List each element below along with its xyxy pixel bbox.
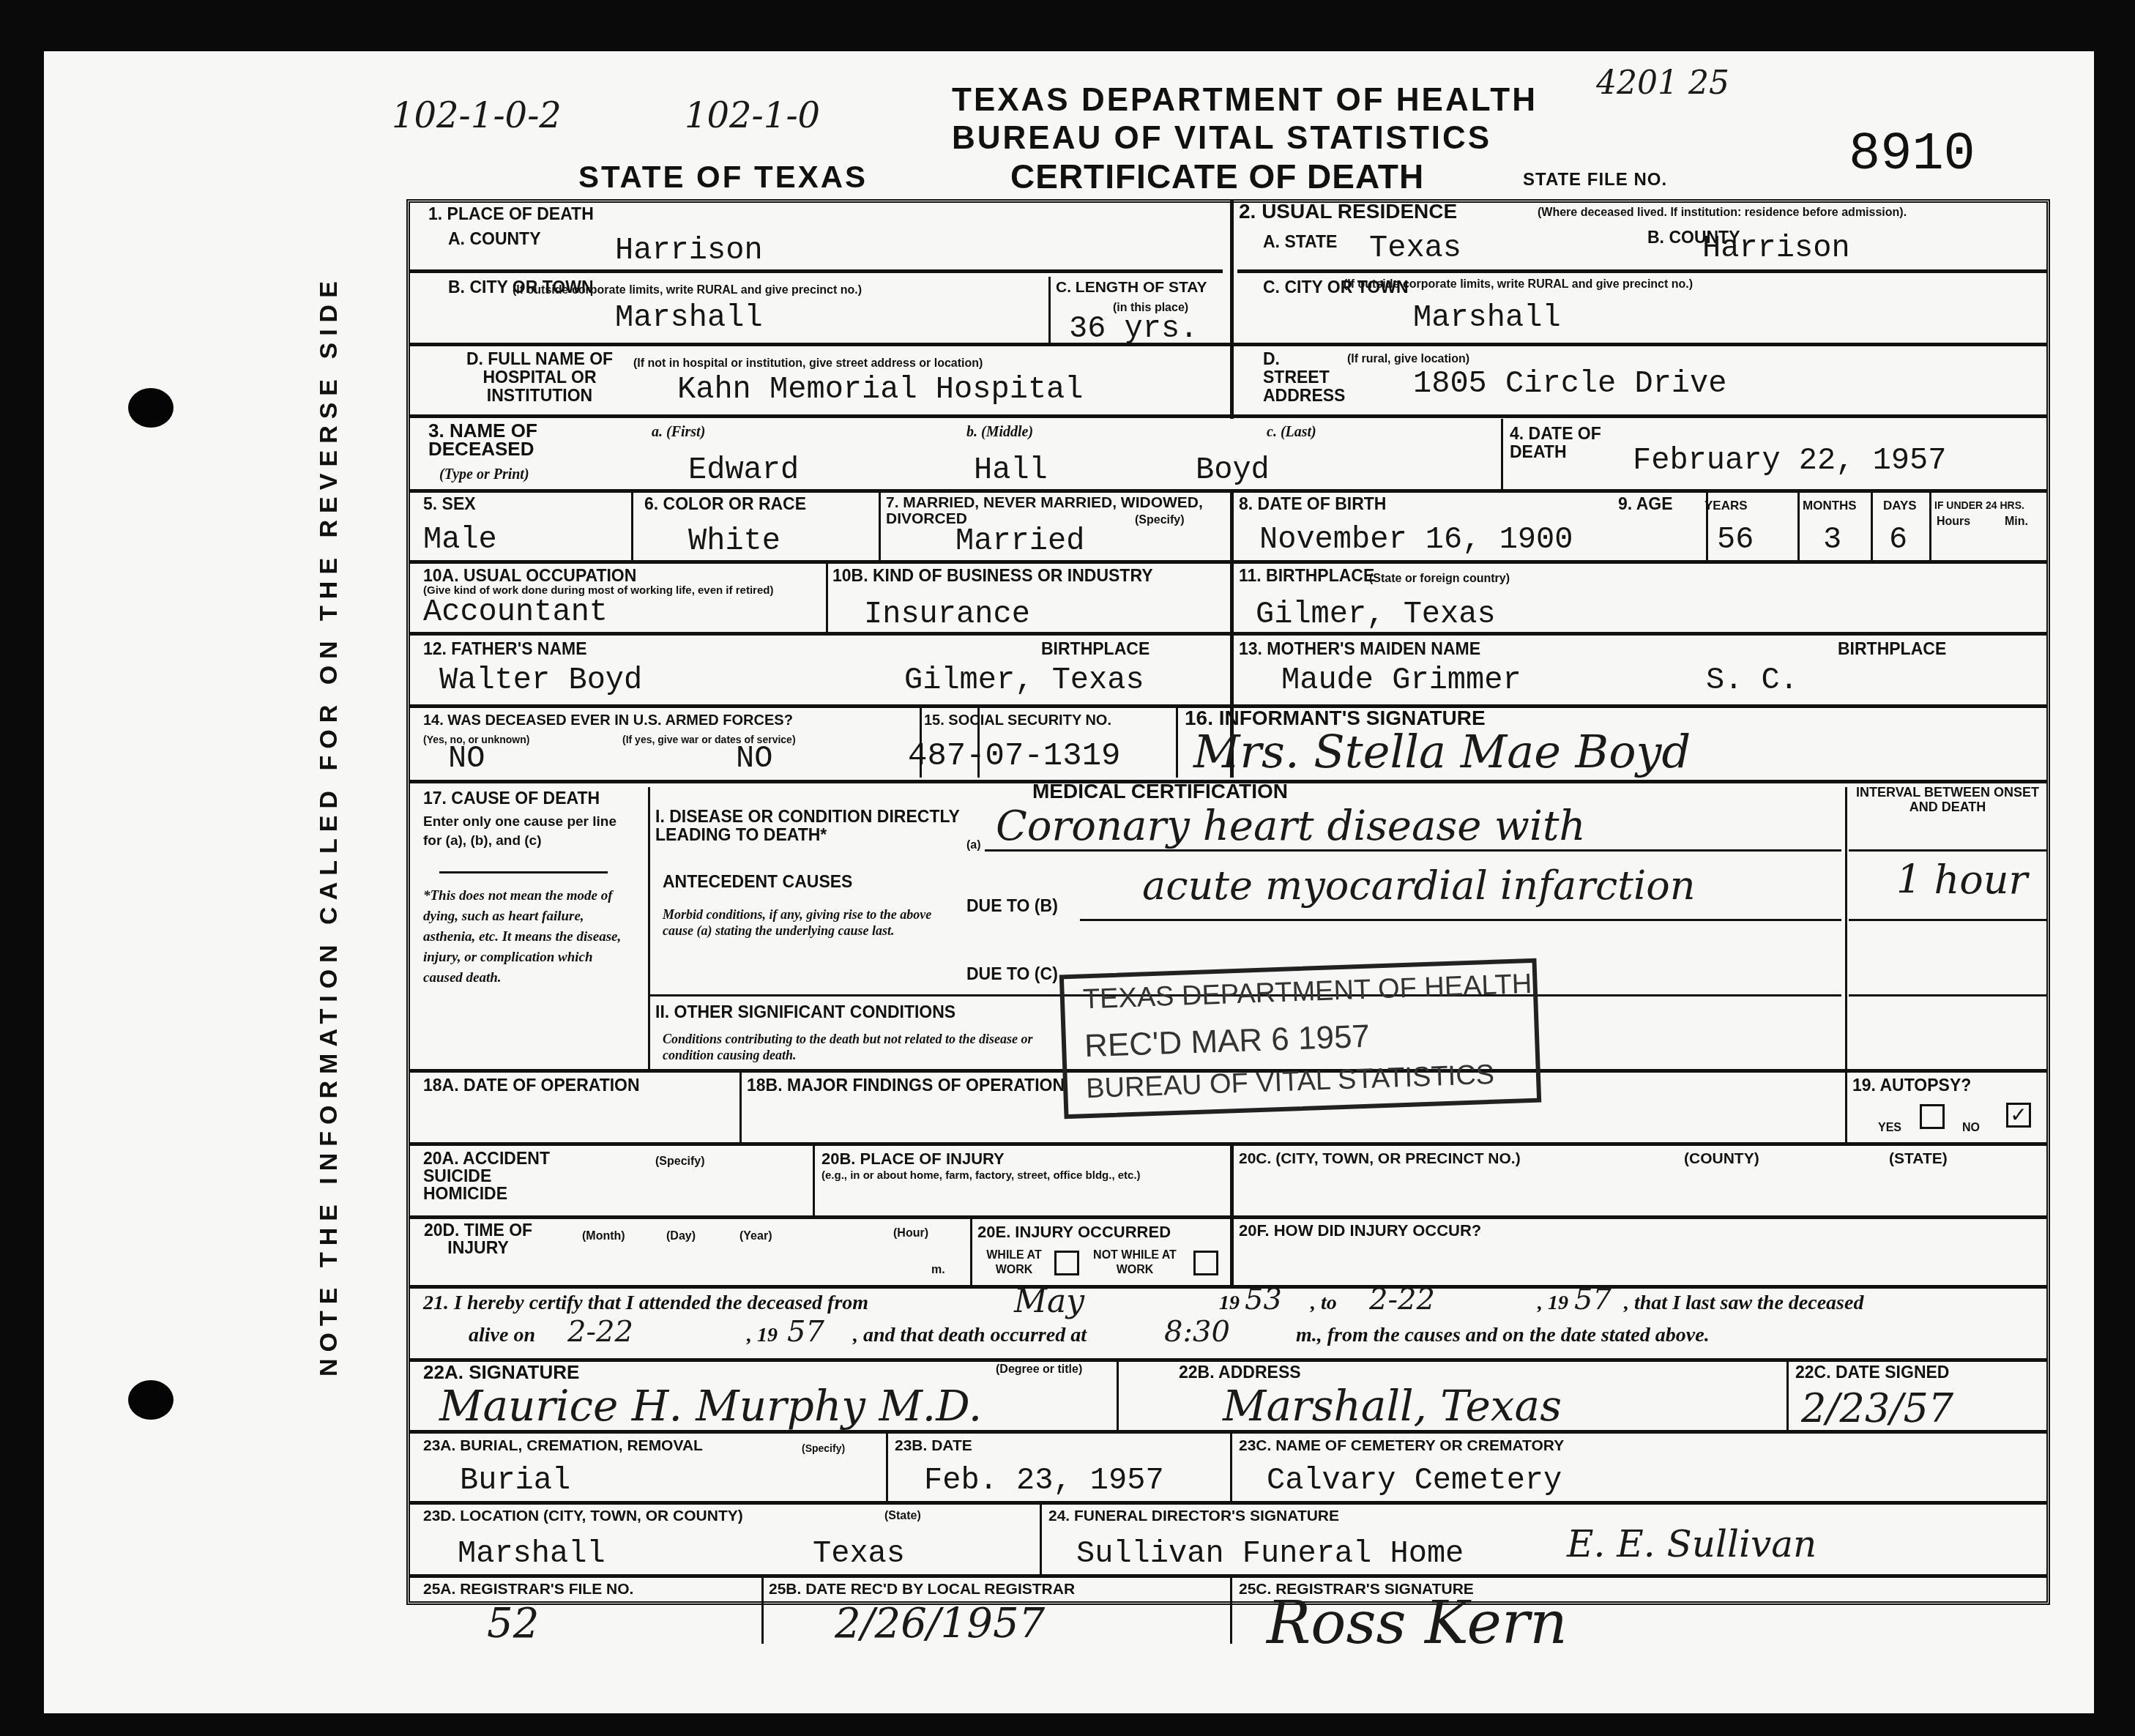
race-label: 6. COLOR OR RACE — [644, 495, 806, 513]
while-at-work-checkbox[interactable] — [1054, 1251, 1079, 1275]
state-file-label: STATE FILE NO. — [1523, 170, 1667, 190]
death-county-label: a. COUNTY — [448, 230, 541, 248]
residence-city-field[interactable]: Marshall — [1413, 300, 1561, 335]
ssn-label: 15. SOCIAL SECURITY NO. — [924, 712, 1111, 730]
burial-state-field[interactable]: Texas — [813, 1536, 905, 1571]
father-name-label: 12. FATHER'S NAME — [423, 640, 587, 658]
physician-signature[interactable]: Maurice H. Murphy M.D. — [439, 1381, 982, 1431]
autopsy-label: 19. AUTOPSY? — [1852, 1076, 1971, 1095]
alive-year-prefix: , 19 — [747, 1327, 778, 1344]
injury-day-column: (Day) — [666, 1227, 696, 1245]
first-name-field[interactable]: Edward — [688, 452, 799, 488]
injury-type-hint: (Specify) — [655, 1152, 705, 1171]
injury-state-column: (STATE) — [1889, 1150, 1948, 1168]
operation-date-label: 18a. DATE OF OPERATION — [423, 1076, 640, 1095]
occupation-label: 10a. USUAL OCCUPATION — [423, 567, 636, 585]
mother-name-label: 13. MOTHER'S MAIDEN NAME — [1239, 640, 1480, 658]
reverse-side-note: NOTE THE INFORMATION CALLED FOR ON THE R… — [315, 425, 343, 1376]
autopsy-no-checkbox[interactable]: ✓ — [2006, 1103, 2031, 1128]
attended-from-year[interactable]: 53 — [1245, 1283, 1282, 1316]
certify-text-4: m., from the causes and on the date stat… — [1296, 1327, 1710, 1344]
injury-type-label: 20a. ACCIDENT SUICIDE HOMICIDE — [423, 1150, 555, 1202]
due-to-c-label: DUE TO (c) — [966, 965, 1058, 983]
death-city-field[interactable]: Marshall — [615, 300, 763, 335]
stamp-line-1: TEXAS DEPARTMENT OF HEALTH — [1082, 969, 1532, 1016]
funeral-home-field[interactable]: Sullivan Funeral Home — [1076, 1536, 1464, 1571]
father-name-field[interactable]: Walter Boyd — [439, 663, 642, 698]
burial-state-label: (State) — [884, 1507, 921, 1525]
armed-forces-field[interactable]: NO — [448, 741, 485, 776]
received-stamp: TEXAS DEPARTMENT OF HEALTH REC'D MAR 6 1… — [1059, 958, 1541, 1120]
age-label: 9. AGE — [1618, 495, 1673, 513]
cemetery-field[interactable]: Calvary Cemetery — [1267, 1463, 1562, 1498]
registrar-file-label: 25a. REGISTRAR'S FILE NO. — [423, 1580, 633, 1598]
residence-street-field[interactable]: 1805 Circle Drive — [1413, 366, 1726, 401]
sex-field[interactable]: Male — [423, 522, 497, 557]
stamp-received-date: REC'D MAR 6 1957 — [1084, 1018, 1370, 1065]
sex-label: 5. SEX — [423, 495, 476, 513]
hospital-label: d. FULL NAME OF HOSPITAL OR INSTITUTION — [448, 350, 631, 405]
autopsy-yes-label: YES — [1878, 1119, 1901, 1137]
birthplace-label: 11. BIRTHPLACE — [1239, 567, 1374, 585]
mother-birthplace-field[interactable]: S. C. — [1706, 663, 1798, 698]
due-to-b-label: DUE TO (b) — [966, 897, 1058, 915]
attended-to-date[interactable]: 2-22 — [1369, 1283, 1435, 1316]
physician-address-label: 22b. ADDRESS — [1179, 1363, 1301, 1382]
last-name-label: c. (Last) — [1267, 423, 1316, 441]
length-of-stay-field[interactable]: 36 yrs. — [1069, 311, 1198, 346]
antecedent-causes-label: ANTECEDENT CAUSES — [663, 873, 852, 891]
funeral-director-label: 24. FUNERAL DIRECTOR'S SIGNATURE — [1048, 1507, 1339, 1525]
state-file-number: 8910 — [1849, 124, 1975, 185]
header-department: TEXAS DEPARTMENT OF HEALTH — [952, 82, 1538, 119]
date-of-death-field[interactable]: February 22, 1957 — [1633, 443, 1946, 478]
death-county-field[interactable]: Harrison — [615, 233, 763, 268]
to-label: , to — [1311, 1294, 1337, 1312]
death-time-field[interactable]: 8:30 — [1164, 1315, 1230, 1349]
residence-state-field[interactable]: Texas — [1369, 231, 1461, 266]
autopsy-yes-checkbox[interactable] — [1920, 1104, 1945, 1129]
informant-signature[interactable]: Mrs. Stella Mae Boyd — [1193, 725, 1691, 778]
part2-label: II. OTHER SIGNIFICANT CONDITIONS — [655, 1003, 955, 1021]
usual-residence-label: 2. USUAL RESIDENCE — [1239, 202, 1457, 220]
disposition-hint: (Specify) — [802, 1439, 845, 1458]
header-state: STATE OF TEXAS — [578, 160, 868, 195]
business-field[interactable]: Insurance — [864, 597, 1030, 632]
age-days-field[interactable]: 6 — [1889, 522, 1907, 557]
attended-from-month[interactable]: May — [1014, 1283, 1084, 1320]
handwritten-ref-middle: 102-1-0 — [685, 95, 820, 136]
business-label: 10b. KIND OF BUSINESS OR INDUSTRY — [832, 567, 1152, 585]
injury-m-suffix: m. — [931, 1261, 945, 1279]
place-of-death-label: 1. PLACE OF DEATH — [428, 205, 594, 223]
marital-status-field[interactable]: Married — [955, 524, 1084, 559]
injury-place-hint: (e.g., in or about home, farm, factory, … — [821, 1169, 1202, 1183]
registrar-date-label: 25b. DATE REC'D BY LOCAL REGISTRAR — [769, 1580, 1075, 1598]
hospital-hint: (If not in hospital or institution, give… — [633, 354, 983, 373]
date-signed-field[interactable]: 2/23/57 — [1801, 1385, 1953, 1431]
minutes-label: Min. — [2005, 513, 2028, 531]
father-birthplace-label: BIRTHPLACE — [1041, 640, 1150, 658]
certify-text-2: , that I last saw the deceased — [1624, 1294, 1863, 1312]
alive-on-label: alive on — [469, 1327, 535, 1344]
funeral-director-signature[interactable]: E. E. Sullivan — [1567, 1523, 1817, 1565]
physician-address[interactable]: Marshall, Texas — [1223, 1381, 1562, 1431]
age-years-field[interactable]: 56 — [1717, 522, 1754, 557]
registrar-file-number[interactable]: 52 — [487, 1600, 539, 1647]
part2-hint: Conditions contributing to the death but… — [663, 1031, 1073, 1063]
residence-street-label: d. STREET ADDRESS — [1263, 350, 1351, 405]
date-of-death-label: 4. DATE OF DEATH — [1510, 425, 1605, 461]
last-name-field[interactable]: Boyd — [1196, 452, 1270, 488]
residence-county-field[interactable]: Harrison — [1702, 231, 1850, 266]
punch-hole — [128, 1380, 174, 1420]
operation-findings-label: 18b. MAJOR FINDINGS OF OPERATION — [747, 1076, 1065, 1095]
not-while-at-work-checkbox[interactable] — [1193, 1251, 1218, 1275]
usual-residence-hint: (Where deceased lived. If institution: r… — [1538, 205, 2043, 221]
handwritten-ref-left: 102-1-0-2 — [392, 95, 562, 136]
mother-name-field[interactable]: Maude Grimmer — [1281, 663, 1521, 698]
age-days-label: DAYS — [1883, 496, 1917, 515]
birthplace-field[interactable]: Gilmer, Texas — [1256, 597, 1496, 632]
autopsy-no-label: NO — [1962, 1119, 1980, 1137]
mother-birthplace-label: BIRTHPLACE — [1838, 640, 1946, 658]
while-at-work-label: WHILE AT WORK — [977, 1248, 1051, 1278]
ssn-field[interactable]: 487-07-1319 — [908, 738, 1120, 775]
injury-year-column: (Year) — [739, 1227, 772, 1245]
armed-forces-war-field[interactable]: NO — [736, 741, 772, 776]
not-while-at-work-label: NOT WHILE AT WORK — [1091, 1248, 1179, 1278]
cause-instruction: Enter only one cause per line for (a), (… — [423, 813, 636, 851]
hospital-field[interactable]: Kahn Memorial Hospital — [677, 372, 1084, 407]
age-years-label: YEARS — [1704, 496, 1748, 515]
disposition-field[interactable]: Burial — [460, 1463, 570, 1498]
cause-footnote: *This does not mean the mode of dying, s… — [423, 886, 636, 988]
length-of-stay-label: c. LENGTH OF STAY — [1056, 278, 1207, 297]
physician-signature-label: 22a. SIGNATURE — [423, 1363, 579, 1382]
burial-location-field[interactable]: Marshall — [458, 1536, 606, 1571]
residence-city-hint: (If outside corporate limits, write RURA… — [1344, 275, 1693, 294]
punch-hole — [128, 388, 174, 428]
birthplace-hint: (State or foreign country) — [1369, 570, 1510, 588]
cause-line-a[interactable]: Coronary heart disease with — [996, 802, 1586, 850]
to-year-prefix: , 19 — [1538, 1294, 1568, 1312]
age-months-field[interactable]: 3 — [1823, 522, 1841, 557]
attended-to-year[interactable]: 57 — [1574, 1283, 1612, 1316]
occupation-field[interactable]: Accountant — [423, 595, 608, 630]
cemetery-label: 23c. NAME OF CEMETERY OR CREMATORY — [1239, 1437, 1564, 1455]
injury-location-label: 20c. (CITY, TOWN, OR PRECINCT NO.) — [1239, 1150, 1521, 1168]
burial-date-field[interactable]: Feb. 23, 1957 — [924, 1463, 1164, 1498]
armed-forces-label: 14. WAS DECEASED EVER IN U.S. ARMED FORC… — [423, 712, 793, 730]
date-of-birth-field[interactable]: November 16, 1900 — [1259, 522, 1573, 557]
antecedent-hint: Morbid conditions, if any, giving rise t… — [663, 906, 955, 939]
marital-specify-hint: (Specify) — [1135, 511, 1185, 529]
hours-label: Hours — [1937, 513, 1970, 531]
registrar-date-field[interactable]: 2/26/1957 — [835, 1600, 1045, 1647]
age-months-label: MONTHS — [1803, 496, 1857, 515]
first-name-label: a. (First) — [652, 423, 705, 441]
alive-on-year[interactable]: 57 — [787, 1315, 824, 1349]
date-signed-label: 22c. DATE SIGNED — [1795, 1363, 1949, 1382]
degree-title-label: (Degree or title) — [996, 1360, 1082, 1379]
injury-time-label: 20d. TIME OF INJURY — [423, 1221, 533, 1256]
injury-month-column: (Month) — [582, 1227, 625, 1245]
burial-date-label: 23b. DATE — [895, 1437, 972, 1455]
interval-field[interactable]: 1 hour — [1896, 857, 2027, 903]
handwritten-ref-right: 4201 25 — [1596, 64, 1729, 102]
residence-state-label: a. STATE — [1263, 233, 1337, 251]
race-field[interactable]: White — [688, 524, 780, 559]
certify-text-3: , and that death occurred at — [853, 1327, 1087, 1344]
burial-location-label: 23d. LOCATION (City, town, or county) — [423, 1507, 743, 1525]
injury-county-column: (COUNTY) — [1684, 1150, 1759, 1168]
part1-label: I. DISEASE OR CONDITION DIRECTLY LEADING… — [655, 808, 977, 844]
stamp-line-3: BUREAU OF VITAL STATISTICS — [1085, 1059, 1494, 1105]
middle-name-label: b. (Middle) — [966, 423, 1033, 441]
type-or-print-hint: (Type or Print) — [439, 466, 529, 483]
interval-label: INTERVAL BETWEEN ONSET AND DEATH — [1852, 785, 2043, 814]
death-city-hint: (If outside corporate limits, write RURA… — [513, 281, 1040, 299]
marital-status-label: 7. MARRIED, NEVER MARRIED, WIDOWED, DIVO… — [886, 495, 1237, 527]
alive-on-date[interactable]: 2-22 — [567, 1315, 633, 1349]
injury-occurred-label: 20e. INJURY OCCURRED — [977, 1223, 1171, 1241]
header-bureau: BUREAU OF VITAL STATISTICS — [952, 120, 1491, 157]
father-birthplace-field[interactable]: Gilmer, Texas — [904, 663, 1144, 698]
line-a-label: (a) — [966, 836, 981, 854]
middle-name-field[interactable]: Hall — [974, 452, 1048, 488]
from-year-prefix: 19 — [1219, 1294, 1240, 1312]
how-injury-occurred-label: 20f. HOW DID INJURY OCCUR? — [1239, 1221, 1481, 1240]
registrar-signature[interactable]: Ross Kern — [1267, 1589, 1568, 1657]
certify-text-1: 21. I hereby certify that I attended the… — [423, 1294, 868, 1312]
injury-place-label: 20b. PLACE OF INJURY — [821, 1150, 1005, 1168]
cause-of-death-label: 17. CAUSE OF DEATH — [423, 789, 600, 808]
injury-hour-column: (Hour) — [893, 1224, 928, 1243]
certificate-title: CERTIFICATE OF DEATH — [1010, 157, 1424, 196]
deceased-name-label: 3. NAME OF DECEASED — [428, 422, 597, 458]
cause-line-b[interactable]: acute myocardial infarction — [1142, 863, 1696, 909]
medical-certification-title: MEDICAL CERTIFICATION — [1032, 782, 1288, 800]
disposition-label: 23a. BURIAL, CREMATION, REMOVAL — [423, 1437, 703, 1455]
date-of-birth-label: 8. DATE OF BIRTH — [1239, 495, 1386, 513]
